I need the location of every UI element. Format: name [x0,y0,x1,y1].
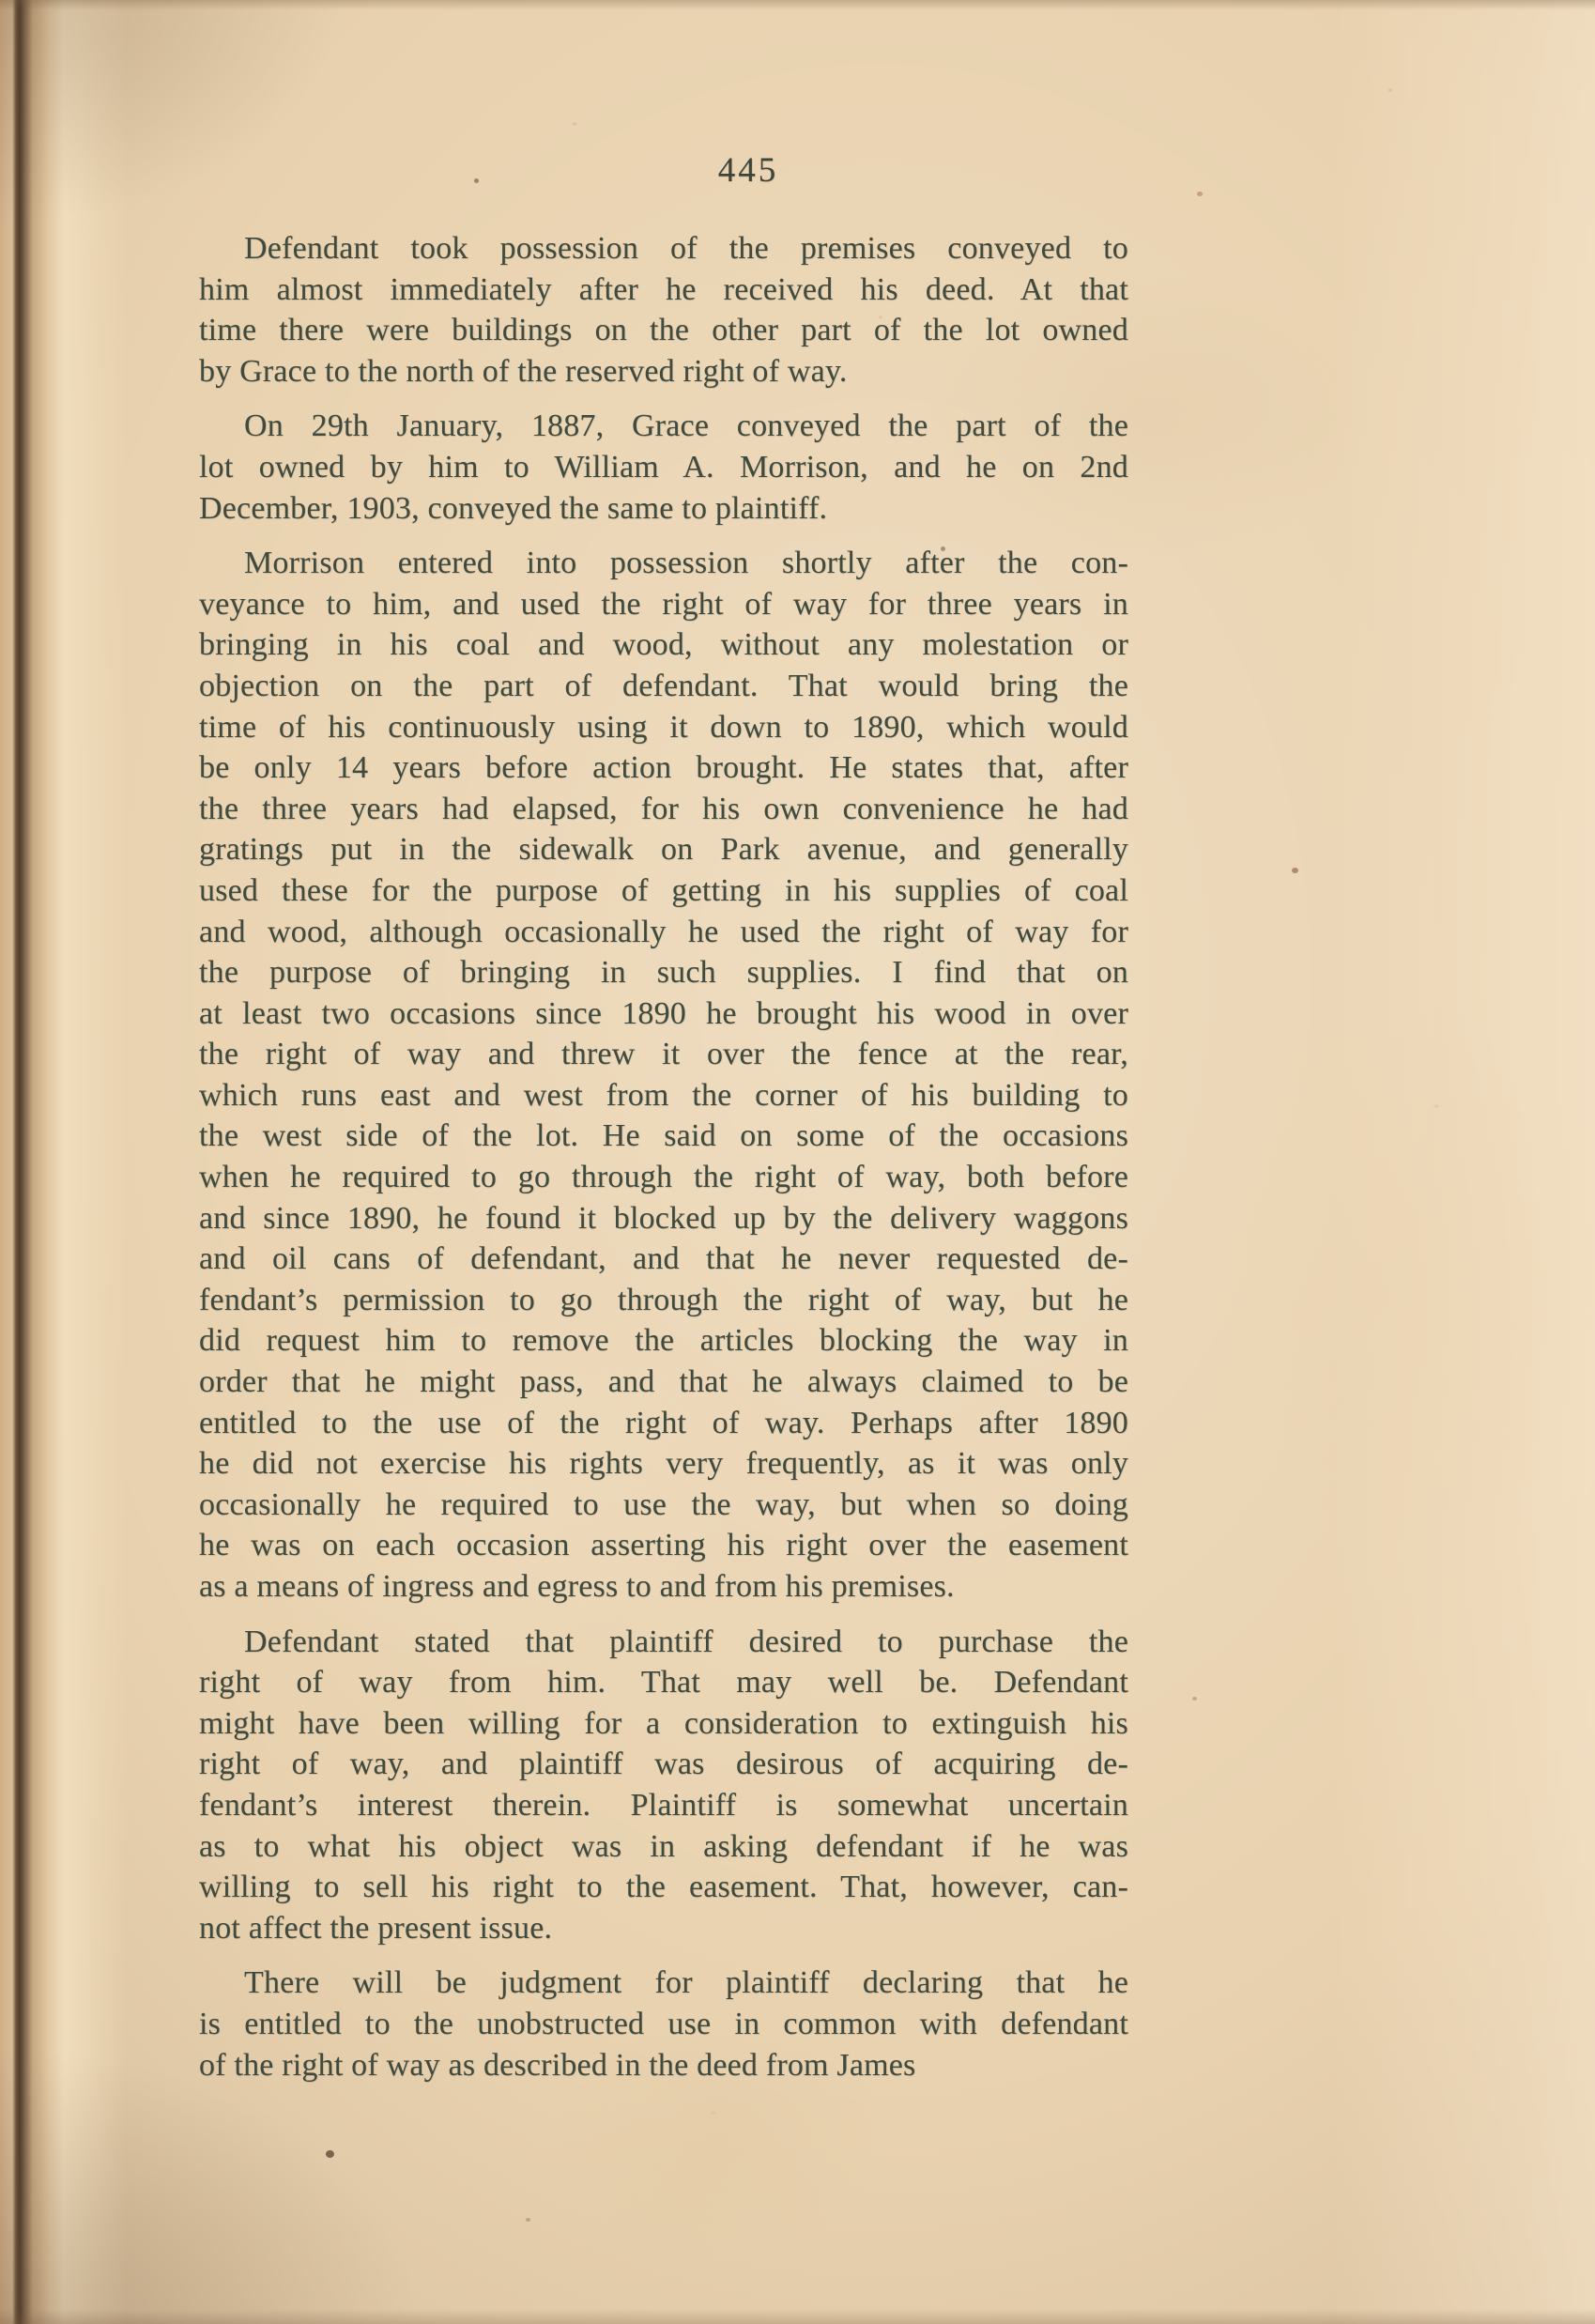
text-line: December, 1903, conveyed the same to pla… [199,488,1128,530]
book-page: { "colors": { "paper": "#e8d1ae", "ink":… [0,0,1595,2324]
text-line: right of way, and plaintiff was desirous… [199,1744,1128,1785]
text-line: him almost immediately after he received… [199,269,1128,311]
text-line: the west side of the lot. He said on som… [199,1116,1128,1157]
text-line: by Grace to the north of the reserved ri… [199,351,1128,392]
text-line: There will be judgment for plaintiff dec… [199,1962,1128,2004]
text-line: the right of way and threw it over the f… [199,1034,1128,1075]
text-line: willing to sell his right to the easemen… [199,1867,1128,1908]
text-line: he did not exercise his rights very freq… [199,1443,1128,1485]
text-line: time of his continuously using it down t… [199,707,1128,748]
text-line: the purpose of bringing in such supplies… [199,952,1128,993]
text-line: might have been willing for a considerat… [199,1703,1128,1745]
text-line: entitled to the use of the right of way.… [199,1403,1128,1444]
text-line: the three years had elapsed, for his own… [199,789,1128,830]
paper-speck [1292,868,1298,873]
text-line: Defendant stated that plaintiff desired … [199,1622,1128,1663]
text-line: veyance to him, and used the right of wa… [199,584,1128,625]
text-line: did request him to remove the articles b… [199,1320,1128,1362]
text-line: be only 14 years before action brought. … [199,747,1128,789]
text-line: right of way from him. That may well be.… [199,1662,1128,1703]
paragraph: On 29th January, 1887, Grace conveyed th… [199,406,1128,529]
text-line: as to what his object was in asking defe… [199,1826,1128,1868]
text-line: lot owned by him to William A. Morrison,… [199,447,1128,488]
text-line: is entitled to the unobstructed use in c… [199,2004,1128,2045]
paragraph: There will be judgment for plaintiff dec… [199,1962,1128,2085]
text-line: On 29th January, 1887, Grace conveyed th… [199,406,1128,447]
text-line: he was on each occasion asserting his ri… [199,1525,1128,1566]
text-line: order that he might pass, and that he al… [199,1362,1128,1403]
text-block: Defendant took possession of the premise… [199,228,1128,2100]
text-line: fendant’s interest therein. Plaintiff is… [199,1785,1128,1826]
text-line: used these for the purpose of getting in… [199,870,1128,912]
text-line: Defendant took possession of the premise… [199,228,1128,269]
paper-speck [1192,1697,1197,1701]
text-line: time there were buildings on the other p… [199,310,1128,351]
text-line: and oil cans of defendant, and that he n… [199,1239,1128,1280]
text-line: Morrison entered into possession shortly… [199,543,1128,584]
page-number: 445 [692,150,805,191]
text-line: which runs east and west from the corner… [199,1075,1128,1116]
text-line: fendant’s permission to go through the r… [199,1280,1128,1321]
text-line: at least two occasions since 1890 he bro… [199,993,1128,1035]
paper-speck [1197,192,1203,196]
paper-speck [526,2218,530,2222]
text-line: and since 1890, he found it blocked up b… [199,1198,1128,1239]
paragraph: Morrison entered into possession shortly… [199,543,1128,1607]
text-line: when he required to go through the right… [199,1157,1128,1198]
text-line: bringing in his coal and wood, without a… [199,624,1128,666]
text-line: objection on the part of defendant. That… [199,666,1128,707]
text-line: not affect the present issue. [199,1908,1128,1949]
paper-speck [474,178,479,183]
paragraph: Defendant stated that plaintiff desired … [199,1622,1128,1949]
text-line: of the right of way as described in the … [199,2045,1128,2086]
paragraph: Defendant took possession of the premise… [199,228,1128,392]
paper-speck [326,2150,334,2158]
text-line: gratings put in the sidewalk on Park ave… [199,829,1128,870]
text-line: occasionally he required to use the way,… [199,1485,1128,1526]
text-line: as a means of ingress and egress to and … [199,1566,1128,1608]
text-line: and wood, although occasionally he used … [199,912,1128,953]
